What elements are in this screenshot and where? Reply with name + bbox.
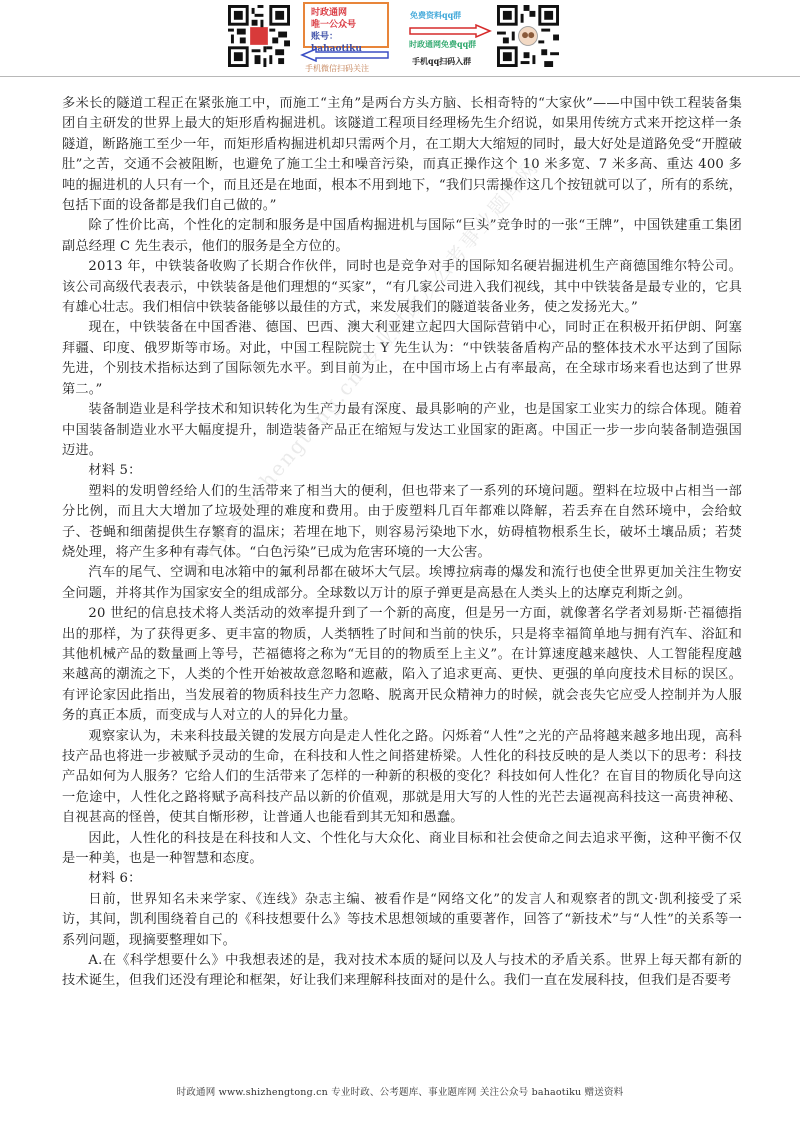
- qq-qr-code[interactable]: [497, 3, 559, 69]
- official-account-label: 唯一公众号: [311, 19, 381, 31]
- qq-group-label: 免费资料qq群: [410, 10, 461, 21]
- qr-code-icon: [228, 3, 290, 69]
- paragraph: 装备制造业是科学技术和知识转化为生产力最有深度、最具影响的产业，也是国家工业实力…: [62, 400, 742, 461]
- qq-scan-label: 手机qq扫码入群: [412, 56, 471, 67]
- qr-code-icon: [497, 3, 559, 69]
- paragraph: 日前，世界知名未来学家、《连线》杂志主编、被看作是“网络文化”的发言人和观察者的…: [62, 890, 742, 951]
- wechat-qr-code[interactable]: [228, 3, 290, 69]
- header-divider: [0, 76, 800, 77]
- arrow-left-icon: [300, 48, 392, 62]
- brand-name: 时政通网: [311, 7, 381, 19]
- paragraph: 2013 年，中铁装备收购了长期合作伙伴，同时也是竞争对手的国际知名硬岩掘进机生…: [62, 257, 742, 318]
- paragraph: 观察家认为，未来科技最关键的发展方向是走人性化之路。闪烁着“人性”之光的产品将越…: [62, 727, 742, 829]
- paragraph: 因此，人性化的科技是在科技和人文、个性化与大众化、商业目标和社会使命之间去追求平…: [62, 829, 742, 870]
- document-body: 多米长的隧道工程正在紧张施工中，而施工“主角”是两台方头方脑、长相奇特的“大家伙…: [62, 94, 742, 992]
- section-heading-material-6: 材料 6：: [62, 869, 742, 889]
- section-heading-material-5: 材料 5：: [62, 461, 742, 481]
- paragraph: 现在，中铁装备在中国香港、德国、巴西、澳大利亚建立起四大国际营销中心，同时正在积…: [62, 318, 742, 400]
- page-footer: 时政通网 www.shizhengtong.cn 专业时政、公考题库、事业题库网…: [0, 1084, 800, 1098]
- wechat-scan-label: 手机微信扫码关注: [305, 63, 369, 74]
- page-header: 时政通网 唯一公众号 账号：bahaotiku 手机微信扫码关注 免费资料qq群…: [0, 0, 800, 78]
- paragraph: 汽车的尾气、空调和电冰箱中的氟利昂都在破坏大气层。埃博拉病毒的爆发和流行也使全世…: [62, 563, 742, 604]
- paragraph: 塑料的发明曾经给人们的生活带来了相当大的便利，但也带来了一系列的环境问题。塑料在…: [62, 482, 742, 564]
- qq-group-name: 时政通网免费qq群: [409, 39, 476, 50]
- wechat-account-box: 时政通网 唯一公众号 账号：bahaotiku: [303, 2, 389, 48]
- paragraph: A.在《科学想要什么》中我想表述的是，我对技术本质的疑问以及人与技术的矛盾关系。…: [62, 951, 742, 992]
- paragraph: 多米长的隧道工程正在紧张施工中，而施工“主角”是两台方头方脑、长相奇特的“大家伙…: [62, 94, 742, 216]
- paragraph: 20 世纪的信息技术将人类活动的效率提升到了一个新的高度，但是另一方面，就像著名…: [62, 604, 742, 726]
- arrow-right-icon: [408, 24, 492, 38]
- paragraph: 除了性价比高，个性化的定制和服务是中国盾构掘进机与国际“巨头”竞争时的一张“王牌…: [62, 216, 742, 257]
